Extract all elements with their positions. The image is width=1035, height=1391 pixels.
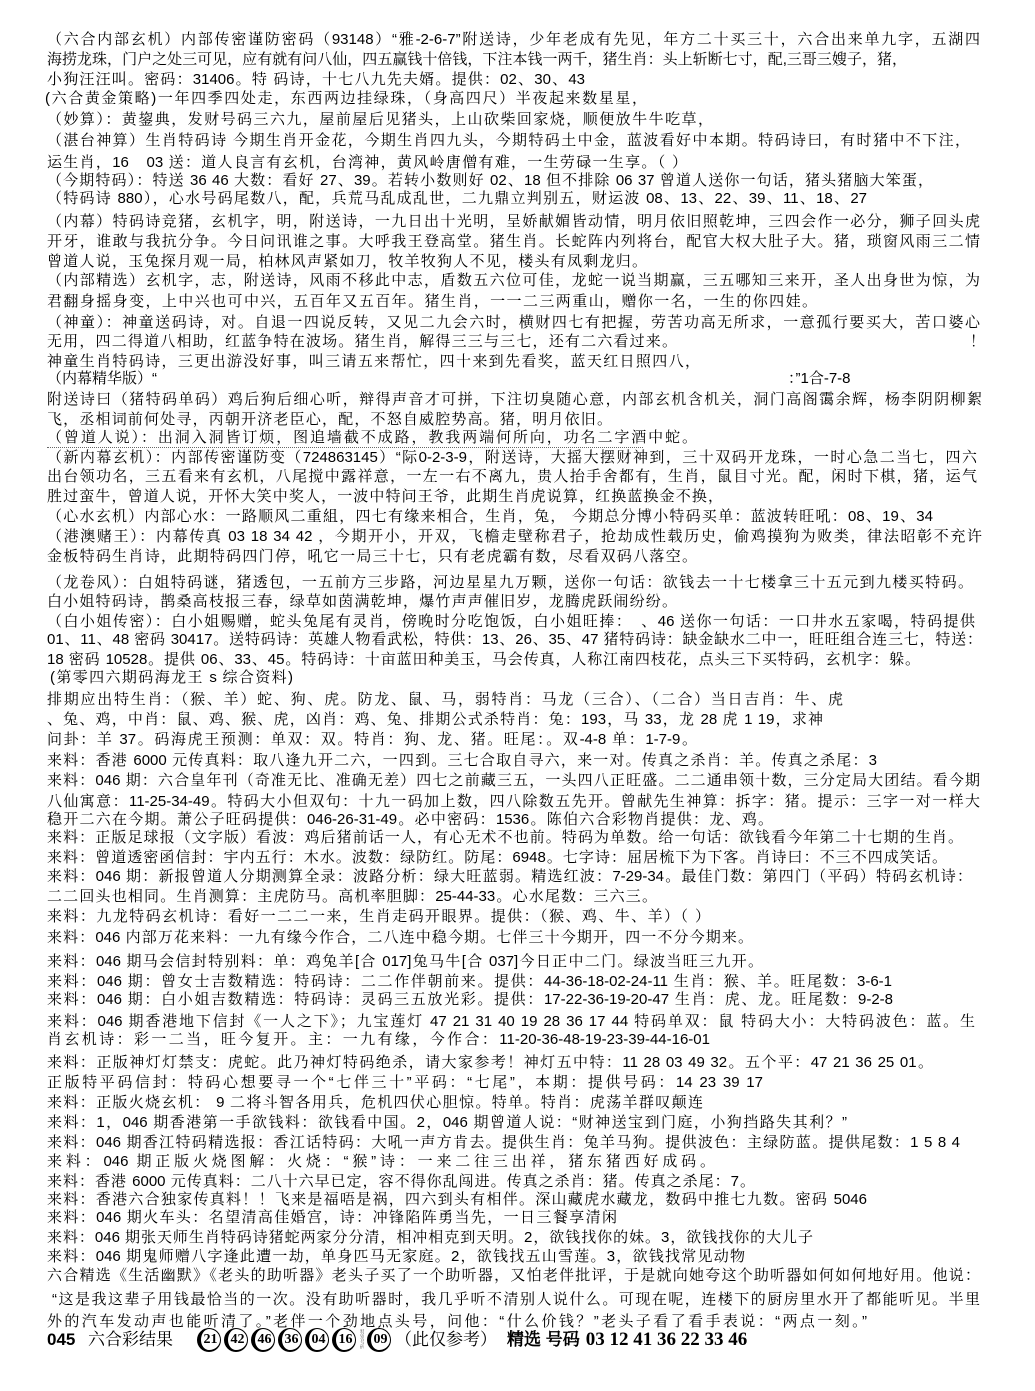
- result-ball-icon: 46: [251, 1328, 275, 1352]
- text-line: 来料：046 期：曾女士吉数精选：特码诗：二二作伴朝前来。提供：44-36-18…: [47, 972, 892, 992]
- text-line: （神童）：神童送码诗，对。自退一四说反转，又见二九会六时，横财四七有把握，劳苦功…: [47, 313, 980, 333]
- text-line: （特码诗 880），心水号码尾数八，配，兵荒马乱成乱世，二九鼎立判别五，财运波 …: [47, 189, 867, 209]
- result-ball-icon: 42: [224, 1328, 248, 1352]
- selected-numbers-values: 03 12 41 36 22 33 46: [586, 1329, 748, 1350]
- text-line: （内部精选）玄机字，志，附送诗，风雨不移此中志，盾数五六位可佳，龙蛇一说当期赢，…: [47, 271, 980, 291]
- result-ball-icon: 21: [197, 1328, 221, 1352]
- text-line: 八仙寓意：11-25-34-49。特码大小但双句：十九一码加上数，四八除数五先开…: [47, 792, 980, 812]
- text-line: 01、11、48 密码 30417。送特码诗：英雄人物看武松，特供：13、26、…: [47, 630, 982, 650]
- text-line: （白小姐传密）：白小姐赐赠，蛇头兔尾有灵肖，傍晚时分吃饱饭，白小姐旺捧： 、46…: [47, 612, 975, 632]
- text-line: 金板特码生肖诗，此期特码四门停，吼它一局三十七，只有老虎霸有数，尽看双码八落空。: [47, 547, 697, 567]
- result-ball-icon: 16: [332, 1328, 356, 1352]
- text-line: （湛台神算）生肖特码诗 今期生肖开金花，今期生肖四九头，今期特码土中金，蓝波看好…: [47, 131, 970, 151]
- text-line: 来料：046 期：白小姐吉数精选：特码诗：灵码三五放光彩。提供：17-22-36…: [47, 990, 893, 1010]
- text-line: 飞，丞相词前何处寻，丙朝开济老臣心，配，不怒自威腔势高。猪，明月依旧。: [47, 410, 612, 430]
- selected-numbers-label: 精选 号码: [507, 1330, 580, 1349]
- text-line: 来料：香港 6000 元传真料：取八逢九开二六，一四到。三七合取自寻六，来一对。…: [47, 751, 877, 771]
- text-line: （今期特码）：特送 36 46 大数：看好 27、39。若转小数则好 02、18…: [47, 171, 933, 191]
- results-period: 045: [47, 1328, 75, 1352]
- text-line: 来料：1，046 期香港第一手欲钱料：欲钱看中国。2，046 期曾道人说：“财神…: [47, 1113, 847, 1133]
- text-line: （曾道人说）：出洞入洞皆订烦，图追墙截不成路，教我两端何所向，功名二字酒中蛇。: [47, 428, 697, 448]
- result-ball-icon: 36: [278, 1328, 302, 1352]
- text-line: 18 密码 10528。提供 06、33、45。特码诗：十亩蓝田种美玉，马会传真…: [47, 650, 920, 670]
- section-heading: (第零四六期码海龙王 s 综合资料): [50, 668, 293, 688]
- text-line: 、兔、鸡，中肖：鼠、鸡、猴、虎，凶肖：鸡、兔、排期公式杀特肖：兔：193，马 3…: [47, 710, 823, 730]
- text-line: 来料：正版火烧玄机： 9 二将斗智各用兵，危机四伏心胆惊。特单。特肖：虎荡羊群叹…: [47, 1093, 703, 1113]
- text-line: 来料：香港 6000 元传真料：二八十六早已定，容不得你乱闯进。传真之杀肖：猪。…: [47, 1172, 755, 1192]
- text-line: （新内幕玄机）：内部传密谨防变（724863145）“际0-2-3-9，附送诗，…: [47, 448, 977, 468]
- text-line: 来料：046 期香港地下信封《一人之下》；九宝莲灯 47 21 31 40 19…: [47, 1012, 975, 1032]
- text-line: 来料：046 期鬼师赠八字逢此遭一劫，单身匹马无家庭。2，欲钱找五山雪莲。3，欲…: [47, 1247, 745, 1267]
- text-line: （龙卷风）：白姐特码谜，猪透包，一五前方三步路，河边星星九万颗，送你一句话：欲钱…: [47, 573, 973, 593]
- text-line: (六合黄金策略)一年四季四处走，东西两边挂绿珠，（身高四尺）半夜起来数星星，: [45, 89, 647, 109]
- text-line: 曾道人说，玉兔探月观一局，柏林风声紧如刀，牧羊牧狗人不见，楼头有凤剩龙归。: [47, 252, 647, 272]
- text-line: 白小姐特码诗，鹊桑高枝报三春，绿草如茵满乾坤，爆竹声声催旧岁，龙腾虎跃闹纷纷。: [47, 592, 677, 612]
- text-line: 六合精选《生活幽默》《老头的助听器》老头子买了一个助听器，又怕老伴批评，于是就向…: [47, 1266, 980, 1286]
- text-line: “这是我这辈子用钱最恰当的一次。没有助听器时，我几乎听不清别人说什么。可现在呢，…: [52, 1290, 980, 1310]
- text-line: 来料：046 期张天师生肖特码诗猪蛇两家分分清，相冲相克到天明。2，欲钱找你的妹…: [47, 1228, 813, 1248]
- text-line: 来料：046 期火车头：名望清高佳婚宫，诗：冲锋陷阵勇当先，一日三餐享清闲: [47, 1208, 617, 1228]
- results-note: （此仅参考）: [395, 1328, 497, 1352]
- text-line: （港澳赌王）：内幕传真 03 18 34 42 ，今期开小，开双，飞檐走壁称君子…: [47, 527, 982, 547]
- text-line: 肖玄机诗：彩一二当，旺今复开。主：一九有缘，今作合：11-20-36-48-19…: [47, 1030, 710, 1050]
- text-line: 正版特平码信封：特码心想要寻一个“七伴三十”平码：“七尾”，本期：提供号码：14…: [47, 1073, 763, 1093]
- document-page: （六合内部玄机）内部传密谨防密码（93148）“雅-2-6-7”附送诗，少年老成…: [0, 0, 1035, 1391]
- text-line: 稳开二六在今期。萧公子旺码提供：046-26-31-49。必中密码：1536。陈…: [47, 810, 773, 830]
- text-line: 来料：046 期：六合皇年刊（奇准无比、准确无差）四七之前藏三五，一头四八正旺盛…: [47, 771, 980, 791]
- text-line: 来料：046 期马会信封特别料：单：鸡兔羊[合 017]兔马牛[合 037]今日…: [47, 952, 763, 972]
- text-line: 海捞龙珠，门户之处三可见，应有就有问八仙，四五赢钱十倍钱，下注本钱一两千，猪生肖…: [47, 50, 907, 70]
- text-line: 小狗汪汪叫。密码：31406。特 码诗，十七八九先夫婿。提供：02、30、43: [47, 70, 585, 90]
- text-line: 出台领功名，三五看来有玄机，八尾搅中露祥意，一左一右不离九，贵人抬手舍都有，生肖…: [47, 467, 977, 487]
- text-line: 来料：046 期正版火烧图解：火烧：“猴”诗：一来二往三出祥，猪东猪西好成码。: [47, 1152, 715, 1172]
- text-line: 君翻身摇身变，上中兴也可中兴，五百年又五百年。猪生肖，一一二三两重山，赠你一名，…: [47, 292, 817, 312]
- exclamation-mark: ！: [970, 332, 985, 352]
- text-line: 来料：九龙特码玄机诗：看好一二二一来，生肖走码开眼界。提供：（猴、鸡、牛、羊）（…: [47, 907, 710, 927]
- text-line: （妙算）：黄鋆典，发财号码三六九，屋前屋后见猪头，上山砍柴回家烧，顺便放牛牛吃草…: [47, 110, 713, 130]
- text-line: 来料：046 期香江特码精选报：香江话特码：大吼一声方肯去。提供生肖：兔羊马狗。…: [47, 1133, 960, 1153]
- text-line: 附送诗曰（猪特码单码）鸡后狗后细心听，辩得声音才可拼，下注切臭随心意，内部玄机含…: [47, 390, 982, 410]
- result-ball-icon: 04: [305, 1328, 329, 1352]
- text-line: 二二回头也相同。生肖测算：主虎防马。高机率胆脚：25-44-33。心水尾数：三六…: [47, 887, 657, 907]
- section-heading: （内幕精华版）“: [47, 369, 157, 389]
- text-line: 排期应出特生肖：（猴、羊）蛇、狗、虎。防龙、鼠、马，弱特肖：马龙（三合）、（二合…: [47, 690, 843, 710]
- text-line: （内幕）特码诗竞猪，玄机字，明，附送诗，一九日出十光明，呈娇献媚皆动情，明月依旧…: [47, 212, 980, 232]
- text-line: 问卦：羊 37。码海虎王预测：单双：双。特肖：狗、龙、猪。旺尾：。双-4-8 单…: [47, 730, 697, 750]
- text-line: 来料：046 内部万花来料：一九有缘今作合，二八连中稳今期。七伴三十今期开，四一…: [47, 928, 753, 948]
- text-line: （六合内部玄机）内部传密谨防密码（93148）“雅-2-6-7”附送诗，少年老成…: [47, 30, 980, 50]
- text-line: 来料：香港六合独家传真料！！飞来是福唔是祸，四六到头有相伴。深山藏虎水藏龙，数码…: [47, 1190, 867, 1210]
- text-line: 来料：正版足球报（文字版）看波：鸡后猪前话一人，有心无术不也前。特码为单数。给一…: [47, 828, 963, 848]
- text-line: 开牙，谁敢与我抗分争。今日问讯谁之事。大呼我王登高堂。猪生肖。长蛇阵内列将台，配…: [47, 232, 980, 252]
- section-heading-tail: ：”1合-7-8: [788, 369, 851, 389]
- text-line: 来料：046 期：新报曾道人分期测算全录：波路分析：绿大旺蓝弱。精选红波：7-2…: [47, 867, 972, 887]
- text-line: 来料：正版神灯灯禁支：虎蛇。此乃神灯特码绝杀，请大家参考！神灯五中特：11 28…: [47, 1053, 933, 1073]
- results-title: 六合彩结果: [88, 1328, 173, 1352]
- result-balls: 21 42 46 36 04 16 特别号码 09: [197, 1327, 391, 1353]
- special-number-label: 特别号码: [359, 1329, 364, 1351]
- text-line: 运生肖，16 03 送：道人良言有玄机，台湾神，黄风岭唐僧有难，一生劳碌一生享。…: [47, 153, 687, 173]
- selected-numbers: 精选 号码03 12 41 36 22 33 46: [507, 1327, 747, 1353]
- special-ball-icon: 09: [367, 1328, 391, 1352]
- text-line: 来料：曾道透密函信封：宇内五行：木水。波数：绿防红。防尾：6948。七字诗：屈居…: [47, 848, 947, 868]
- text-line: （心水玄机）内部心水：一路顺风二重組，四七有缘来相合，生肖，兔， 今期总分博小特…: [47, 507, 933, 527]
- text-line: 胜过蛮牛，曾道人说，开怀大笑中奖人，一波中特问王爷，此期生肖虎说算，红换蓝换金不…: [47, 487, 723, 507]
- text-line: 无用，四二得道八相助，红蓝争特在波场。猪生肖，解得三三与三七，还有二六看过来。: [47, 332, 677, 352]
